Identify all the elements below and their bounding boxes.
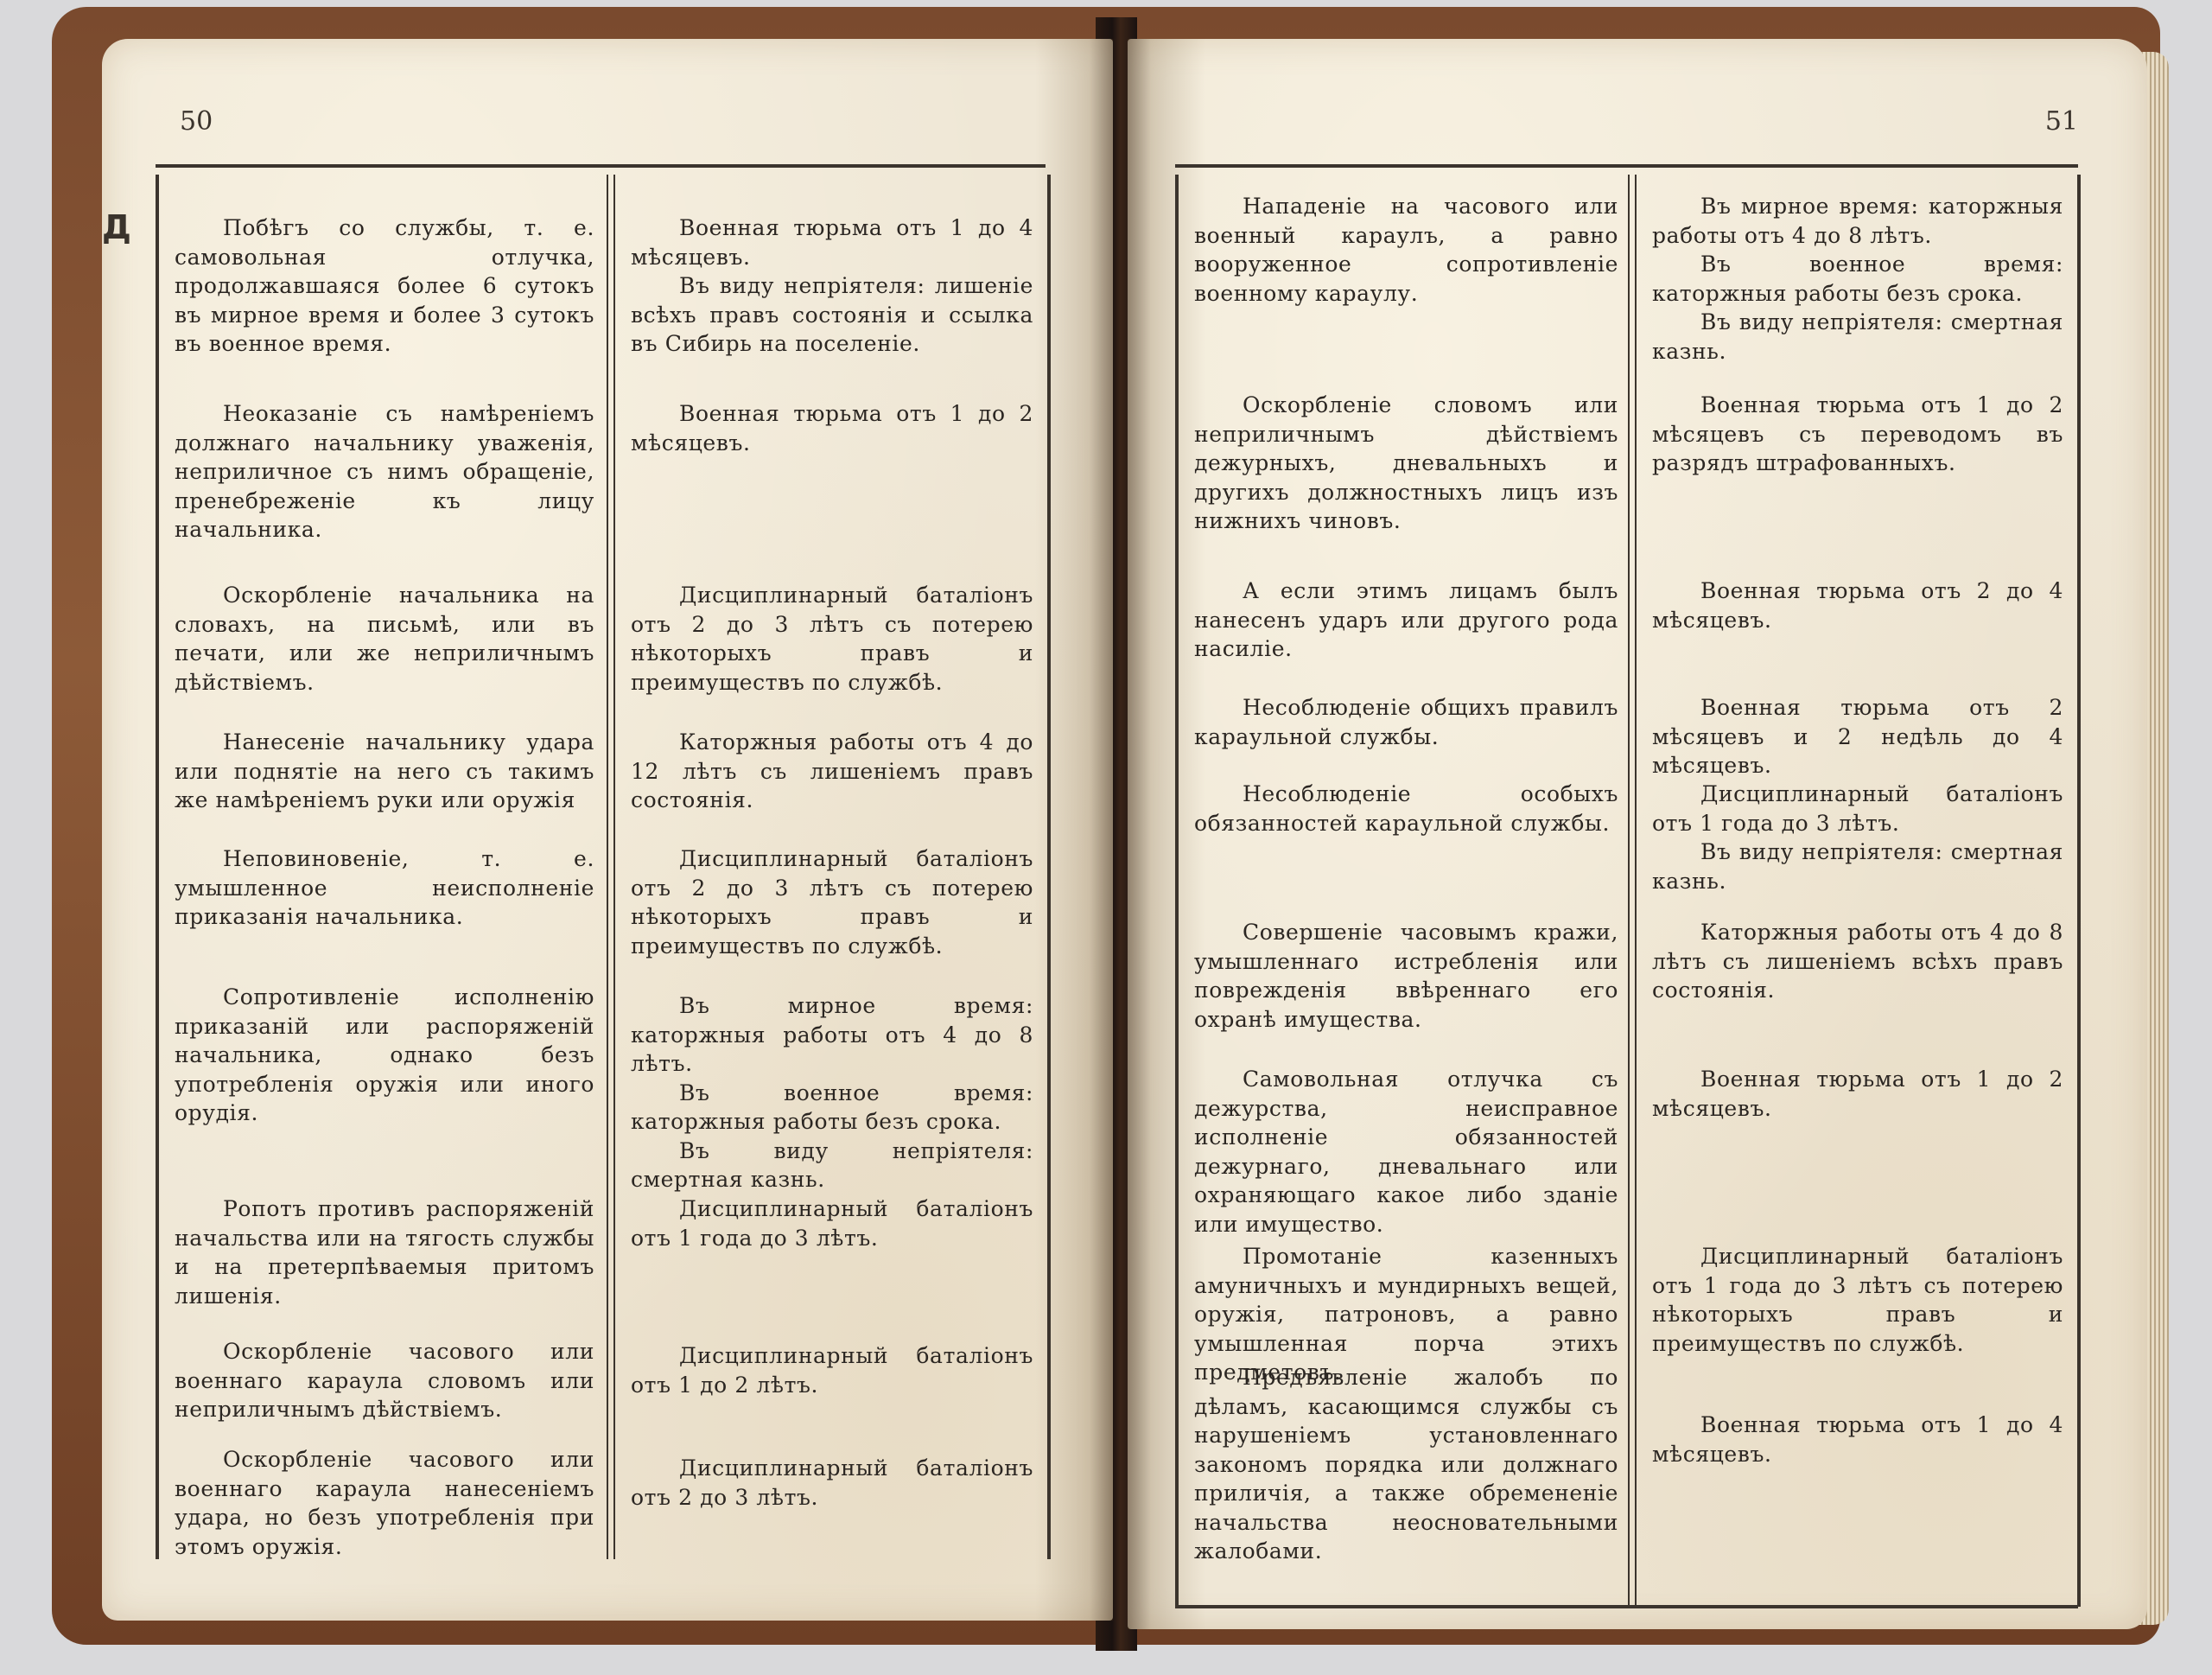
penalty-text: Дисциплинарный баталіонъ отъ 2 до 3 лѣтъ…: [631, 844, 1033, 960]
penalty-text: Военная тюрьма отъ 1 до 2 мѣсяцевъ.: [631, 399, 1033, 457]
page-number: 50: [180, 106, 213, 137]
penalty-cell: Военная тюрьма отъ 1 до 4 мѣсяцевъ.: [1652, 1411, 2063, 1468]
penalty-cell: Въ мирное время: каторжныя работы отъ 4 …: [1652, 192, 2063, 366]
penalty-cell: Дисциплинарный баталіонъ отъ 1 года до 3…: [1652, 1242, 2063, 1358]
right-page: 51 Нападеніе на часового или военный кар…: [1128, 39, 2147, 1629]
offense-penalty-table: Побѣгъ со службы, т. е. самовольная отлу…: [156, 164, 1046, 1559]
penalty-cell: Военная тюрьма отъ 1 до 4 мѣсяцевъ. Въ в…: [631, 213, 1033, 359]
offense-cell: Предъявленіе жалобъ по дѣламъ, касающимс…: [1194, 1363, 1618, 1566]
penalty-text: Дисциплинарный баталіонъ отъ 2 до 3 лѣтъ…: [631, 1454, 1033, 1512]
penalty-text: Дисциплинарный баталіонъ отъ 1 до 2 лѣтъ…: [631, 1341, 1033, 1399]
penalty-cell: Каторжныя работы отъ 4 до 12 лѣтъ съ лиш…: [631, 728, 1033, 815]
penalty-cell: Дисциплинарный баталіонъ отъ 2 до 3 лѣтъ…: [631, 1454, 1033, 1512]
penalty-text: Въ виду непріятеля: лишеніе всѣхъ правъ …: [631, 271, 1033, 359]
penalty-cell: Военная тюрьма отъ 1 до 2 мѣсяцевъ съ пе…: [1652, 391, 2063, 478]
penalty-text: Военная тюрьма отъ 2 мѣсяцевъ и 2 недѣль…: [1652, 693, 2063, 780]
side-tab-letter: Д: [102, 208, 131, 246]
penalty-text: Въ виду непріятеля: смертная казнь.: [1652, 837, 2063, 895]
penalty-column: Военная тюрьма отъ 1 до 4 мѣсяцевъ. Въ в…: [613, 175, 1051, 1559]
offense-cell: Побѣгъ со службы, т. е. самовольная отлу…: [175, 213, 594, 359]
penalty-text: Въ мирное время: каторжныя работы отъ 4 …: [1652, 192, 2063, 250]
penalty-text: Военная тюрьма отъ 1 до 2 мѣсяцевъ съ пе…: [1652, 391, 2063, 478]
offense-cell: Оскорбленіе начальника на словахъ, на пи…: [175, 581, 594, 697]
penalty-text: Въ военное время: каторжныя работы безъ …: [631, 1079, 1033, 1137]
offense-cell: Совершеніе часовымъ кражи, умышленнаго и…: [1194, 918, 1618, 1034]
offense-cell: Оскорбленіе часового или военнаго караул…: [175, 1337, 594, 1424]
penalty-text: Дисциплинарный баталіонъ отъ 1 года до 3…: [631, 1194, 1033, 1252]
penalty-column: Въ мирное время: каторжныя работы отъ 4 …: [1635, 175, 2081, 1607]
penalty-text: Военная тюрьма отъ 1 до 4 мѣсяцевъ.: [1652, 1411, 2063, 1468]
offense-column: Побѣгъ со службы, т. е. самовольная отлу…: [156, 175, 608, 1559]
penalty-text: Въ военное время: каторжныя работы безъ …: [1652, 250, 2063, 308]
penalty-text: Каторжныя работы отъ 4 до 12 лѣтъ съ лиш…: [631, 728, 1033, 815]
table-bottom-rule: [1175, 1605, 2078, 1608]
offense-cell: Несоблюденіе общихъ правилъ караульной с…: [1194, 693, 1618, 751]
offense-cell: Нападеніе на часового или военный караул…: [1194, 192, 1618, 308]
penalty-text: Въ мирное время: каторжныя работы отъ 4 …: [631, 991, 1033, 1079]
penalty-cell: Военная тюрьма отъ 2 до 4 мѣсяцевъ.: [1652, 576, 2063, 634]
penalty-cell: Военная тюрьма отъ 1 до 2 мѣсяцевъ.: [631, 399, 1033, 457]
offense-cell: Неповиновеніе, т. е. умышленное неисполн…: [175, 844, 594, 932]
offense-column: Нападеніе на часового или военный караул…: [1175, 175, 1632, 1607]
penalty-cell: Въ мирное время: каторжныя работы отъ 4 …: [631, 991, 1033, 1194]
penalty-text: Дисциплинарный баталіонъ отъ 1 года до 3…: [1652, 780, 2063, 837]
penalty-cell: Военная тюрьма отъ 2 мѣсяцевъ и 2 недѣль…: [1652, 693, 2063, 780]
penalty-text: Дисциплинарный баталіонъ отъ 1 года до 3…: [1652, 1242, 2063, 1358]
offense-cell: Неоказаніе съ намѣреніемъ должнаго начал…: [175, 399, 594, 545]
penalty-cell: Дисциплинарный баталіонъ отъ 2 до 3 лѣтъ…: [631, 844, 1033, 960]
penalty-text: Въ виду непріятеля: смертная казнь.: [1652, 308, 2063, 366]
left-page: 50 Д Побѣгъ со службы, т. е. самовольная…: [102, 39, 1113, 1621]
penalty-text: Военная тюрьма отъ 2 до 4 мѣсяцевъ.: [1652, 576, 2063, 634]
penalty-text: Каторжныя работы отъ 4 до 8 лѣтъ съ лише…: [1652, 918, 2063, 1005]
offense-penalty-table: Нападеніе на часового или военный караул…: [1175, 164, 2078, 1607]
offense-cell: Оскорбленіе часового или военнаго караул…: [175, 1445, 594, 1561]
penalty-text: Военная тюрьма отъ 1 до 2 мѣсяцевъ.: [1652, 1065, 2063, 1123]
offense-cell: А если этимъ лицамъ былъ нанесенъ ударъ …: [1194, 576, 1618, 664]
offense-cell: Несоблюденіе особыхъ обязанностей караул…: [1194, 780, 1618, 837]
penalty-cell: Дисциплинарный баталіонъ отъ 1 до 2 лѣтъ…: [631, 1341, 1033, 1399]
penalty-text: Дисциплинарный баталіонъ отъ 2 до 3 лѣтъ…: [631, 581, 1033, 697]
offense-cell: Самовольная отлучка съ дежурства, неиспр…: [1194, 1065, 1618, 1239]
penalty-cell: Каторжныя работы отъ 4 до 8 лѣтъ съ лише…: [1652, 918, 2063, 1005]
offense-cell: Ропотъ противъ распоряженій начальства и…: [175, 1194, 594, 1310]
penalty-text: Военная тюрьма отъ 1 до 4 мѣсяцевъ.: [631, 213, 1033, 271]
penalty-cell: Дисциплинарный баталіонъ отъ 1 года до 3…: [631, 1194, 1033, 1252]
penalty-cell: Военная тюрьма отъ 1 до 2 мѣсяцевъ.: [1652, 1065, 2063, 1123]
offense-cell: Сопротивленіе исполненію приказаній или …: [175, 983, 594, 1128]
penalty-cell: Дисциплинарный баталіонъ отъ 2 до 3 лѣтъ…: [631, 581, 1033, 697]
offense-cell: Нанесеніе начальнику удара или поднятіе …: [175, 728, 594, 815]
penalty-text: Въ виду непріятеля: смертная казнь.: [631, 1137, 1033, 1194]
offense-cell: Оскорбленіе словомъ или неприличнымъ дѣй…: [1194, 391, 1618, 536]
page-number: 51: [2045, 106, 2078, 137]
penalty-cell: Дисциплинарный баталіонъ отъ 1 года до 3…: [1652, 780, 2063, 895]
